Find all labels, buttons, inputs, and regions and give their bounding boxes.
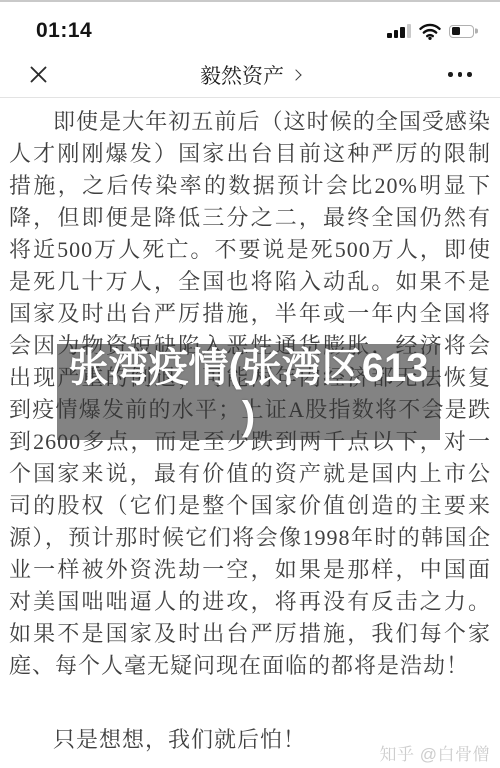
status-icons — [387, 23, 474, 40]
account-name: 毅然资产 — [200, 60, 284, 90]
more-button[interactable] — [448, 66, 472, 83]
cellular-signal-icon — [387, 24, 411, 38]
title-watermark-overlay: 张湾疫情(张湾区613 ) — [57, 344, 440, 440]
wifi-icon — [419, 23, 441, 40]
close-button[interactable] — [28, 64, 49, 85]
article-header: 毅然资产 — [0, 52, 500, 98]
battery-nub — [475, 29, 477, 34]
battery-fill — [452, 27, 461, 35]
watermark-line-2: ) — [242, 392, 255, 440]
close-icon — [28, 64, 49, 85]
phone-screen: 01:14 毅然资产 即使是大年初五前后（这 — [0, 0, 500, 768]
battery-icon — [449, 25, 474, 38]
account-title[interactable]: 毅然资产 — [200, 60, 300, 90]
chevron-right-icon — [290, 69, 301, 80]
status-bar: 01:14 — [0, 2, 500, 52]
watermark-line-1: 张湾疫情(张湾区613 — [68, 344, 428, 392]
status-time: 01:14 — [36, 19, 92, 43]
zhihu-source-watermark: 知乎 @白骨僧 — [380, 740, 490, 765]
